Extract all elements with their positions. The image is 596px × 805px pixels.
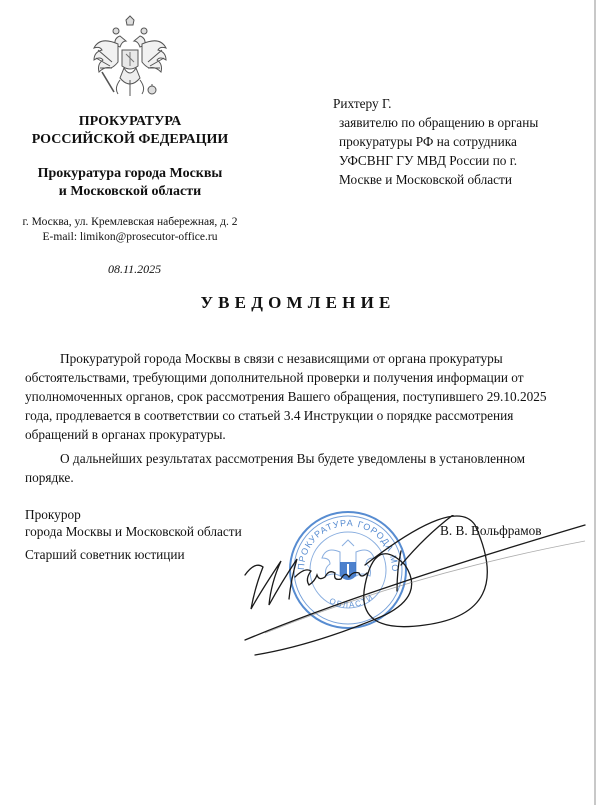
organization-header: ПРОКУРАТУРА РОССИЙСКОЙ ФЕДЕРАЦИИ Прокура…	[20, 113, 240, 245]
handwritten-signature-icon	[225, 515, 595, 670]
document-date: 08.11.2025	[108, 262, 161, 277]
signatory-block: Прокурор города Москвы и Московской обла…	[25, 506, 242, 563]
body-paragraph: О дальнейших результатах рассмотрения Вы…	[25, 449, 560, 487]
recipient-block: Рихтеру Г. заявителю по обращению в орга…	[333, 94, 538, 189]
document-body: Прокуратурой города Москвы в связи с нез…	[25, 349, 560, 487]
org-address: г. Москва, ул. Кремлевская набережная, д…	[22, 216, 237, 228]
document-title: УВЕДОМЛЕНИЕ	[0, 293, 596, 313]
signatory-position-line1: Прокурор	[25, 506, 242, 523]
signatory-rank: Старший советник юстиции	[25, 546, 242, 563]
signatory-position-line2: города Москвы и Московской области	[25, 523, 242, 540]
recipient-line: прокуратуры РФ на сотрудника	[339, 132, 538, 151]
org-email: E-mail: limikon@prosecutor-office.ru	[43, 231, 218, 243]
org-name: ПРОКУРАТУРА РОССИЙСКОЙ ФЕДЕРАЦИИ	[20, 113, 240, 149]
org-contacts: г. Москва, ул. Кремлевская набережная, д…	[20, 215, 240, 245]
recipient-name: Рихтеру Г.	[333, 94, 538, 113]
recipient-line: УФСВНГ ГУ МВД России по г.	[339, 151, 538, 170]
recipient-line: Москве и Московской области	[339, 170, 538, 189]
recipient-line: заявителю по обращению в органы	[339, 113, 538, 132]
org-name-line2: РОССИЙСКОЙ ФЕДЕРАЦИИ	[32, 132, 229, 147]
org-subdivision-line2: и Московской области	[59, 184, 201, 199]
body-paragraph: Прокуратурой города Москвы в связи с нез…	[25, 349, 560, 444]
org-subdivision-line1: Прокуратура города Москвы	[38, 166, 223, 181]
org-subdivision: Прокуратура города Москвы и Московской о…	[20, 165, 240, 201]
org-name-line1: ПРОКУРАТУРА	[79, 114, 182, 129]
coat-of-arms-icon	[90, 14, 170, 104]
